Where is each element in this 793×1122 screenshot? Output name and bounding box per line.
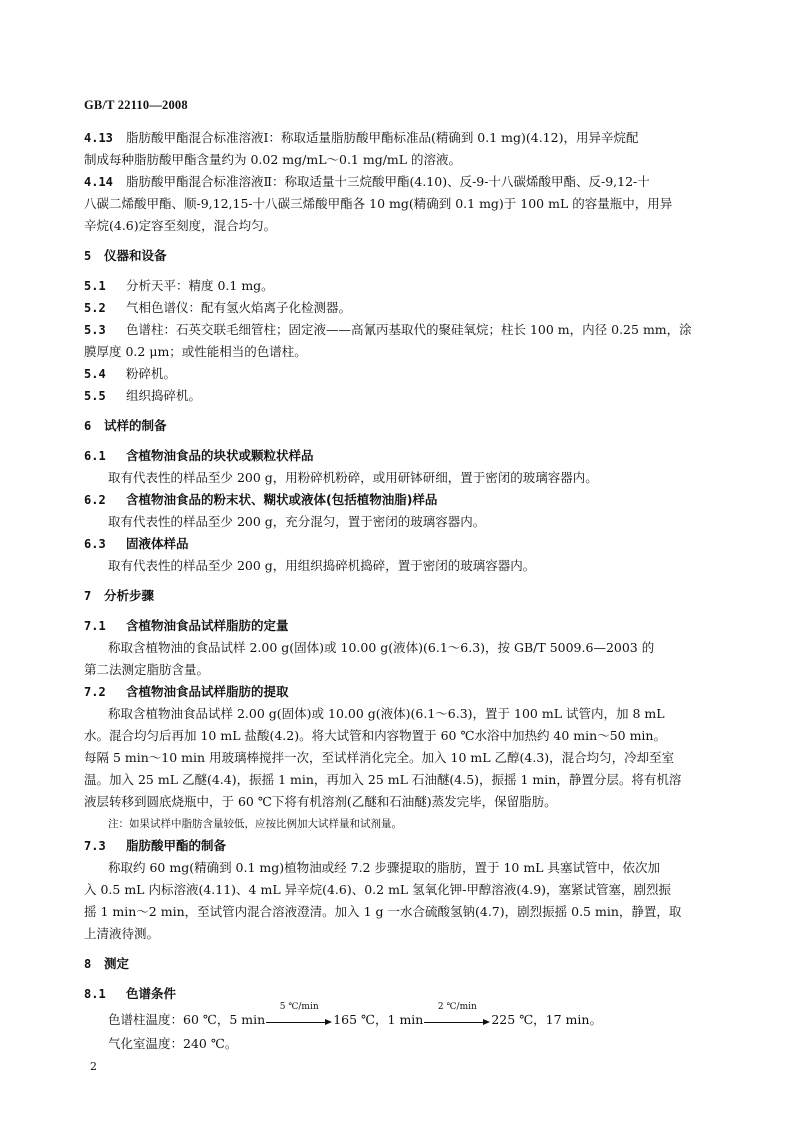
clause-number: 8.1 [84,987,126,1001]
clause-text: 粉碎机。 [126,366,176,381]
clause-7-1-line-1: 称取含植物油的食品试样 2.00 g(固体)或 10.00 g(液体)(6.1～… [108,638,654,656]
clause-title: 含植物油食品的粉末状、糊状或液体(包括植物油脂)样品 [126,492,437,507]
arrow-icon [266,1022,326,1023]
clause-7-3-line-1: 称取约 60 mg(精确到 0.1 mg)植物油或经 7.2 步骤提取的脂肪，置… [108,858,660,876]
clause-7-2-line-3: 每隔 5 min～10 min 用玻璃棒搅拌一次，至试样消化完全。加入 10 m… [84,748,674,766]
clause-6-3-title: 6.3固液体样品 [84,534,189,552]
section-title: 测定 [104,956,129,971]
clause-number: 4.14 [84,175,126,189]
clause-text: 脂肪酸甲酯混合标准溶液Ⅱ：称取适量十三烷酸甲酯(4.10)、反-9-十八碳烯酸甲… [126,174,650,189]
clause-number: 5.5 [84,389,126,403]
ramp-rate-label: 2 ℃/min [424,1002,490,1012]
clause-4-13-line-2: 制成每种脂肪酸甲酯含量约为 0.02 mg/mL～0.1 mg/mL 的溶液。 [84,150,461,168]
clause-7-2-title: 7.2含植物油食品试样脂肪的提取 [84,682,289,700]
clause-number: 7.3 [84,839,126,853]
clause-6-3-body: 取有代表性的样品至少 200 g，用组织捣碎机捣碎，置于密闭的玻璃容器内。 [108,556,535,574]
clause-text: 色谱柱：石英交联毛细管柱；固定液——高氰丙基取代的聚硅氧烷；柱长 100 m，内… [126,322,692,337]
clause-6-1-body: 取有代表性的样品至少 200 g，用粉碎机粉碎，或用研钵研细，置于密闭的玻璃容器… [108,468,598,486]
arrow-head-icon [325,1019,332,1025]
ramp-arrow-2: 2 ℃/min [424,1014,490,1028]
clause-number: 6.3 [84,537,126,551]
clause-number: 5.1 [84,279,126,293]
clause-7-1-line-2: 第二法测定脂肪含量。 [84,660,209,678]
clause-5-4: 5.4粉碎机。 [84,364,176,382]
clause-7-3-title: 7.3脂肪酸甲酯的制备 [84,836,226,854]
clause-7-3-line-4: 上清液待测。 [84,924,159,942]
clause-title: 色谱条件 [126,986,176,1001]
clause-number: 5.4 [84,367,126,381]
ramp-rate-label: 5 ℃/min [266,1002,332,1012]
clause-7-3-line-2: 入 0.5 mL 内标溶液(4.11)、4 mL 异辛烷(4.6)、0.2 mL… [84,880,671,898]
ramp-arrow-1: 5 ℃/min [266,1014,332,1028]
section-number: 6 [84,419,104,433]
clause-text: 分析天平：精度 0.1 mg。 [126,278,274,293]
temp-initial: 色谱柱温度：60 ℃，5 min [108,1012,265,1027]
clause-4-14-line-2: 八碳二烯酸甲酯、顺-9,12,15-十八碳三烯酸甲酯各 10 mg(精确到 0.… [84,194,672,212]
clause-5-2: 5.2气相色谱仪：配有氢火焰离子化检测器。 [84,298,351,316]
temp-final: 225 ℃，17 min。 [491,1012,602,1027]
clause-number: 5.3 [84,323,126,337]
clause-text: 气相色谱仪：配有氢火焰离子化检测器。 [126,300,351,315]
clause-7-2-line-1: 称取含植物油食品试样 2.00 g(固体)或 10.00 g(液体)(6.1～6… [108,704,665,722]
clause-5-3-line-1: 5.3色谱柱：石英交联毛细管柱；固定液——高氰丙基取代的聚硅氧烷；柱长 100 … [84,320,692,338]
section-number: 8 [84,957,104,971]
section-number: 5 [84,249,104,263]
clause-title: 含植物油食品试样脂肪的定量 [126,618,289,633]
clause-7-2-line-5: 液层转移到圆底烧瓶中，于 60 ℃下将有机溶剂(乙醚和石油醚)蒸发完毕，保留脂肪… [84,792,557,810]
clause-number: 4.13 [84,131,126,145]
clause-6-2-body: 取有代表性的样品至少 200 g，充分混匀，置于密闭的玻璃容器内。 [108,512,485,530]
injector-temperature: 气化室温度：240 ℃。 [108,1034,237,1052]
clause-5-5: 5.5组织捣碎机。 [84,386,201,404]
clause-4-14-line-1: 4.14脂肪酸甲酯混合标准溶液Ⅱ：称取适量十三烷酸甲酯(4.10)、反-9-十八… [84,172,650,190]
clause-7-3-line-3: 摇 1 min～2 min，至试管内混合溶液澄清。加入 1 g 一水合硫酸氢钠(… [84,902,681,920]
clause-number: 7.1 [84,619,126,633]
clause-7-2-line-4: 温。加入 25 mL 乙醚(4.4)，振摇 1 min，再加入 25 mL 石油… [84,770,681,788]
clause-6-2-title: 6.2含植物油食品的粉末状、糊状或液体(包括植物油脂)样品 [84,490,437,508]
page-number: 2 [90,1060,97,1073]
clause-number: 7.2 [84,685,126,699]
clause-text: 组织捣碎机。 [126,388,201,403]
clause-title: 固液体样品 [126,536,189,551]
clause-5-1: 5.1分析天平：精度 0.1 mg。 [84,276,274,294]
clause-4-13-line-1: 4.13脂肪酸甲酯混合标准溶液Ⅰ：称取适量脂肪酸甲酯标准品(精确到 0.1 mg… [84,128,638,146]
arrow-icon [424,1022,484,1023]
section-number: 7 [84,589,104,603]
section-title: 仪器和设备 [104,248,167,263]
clause-number: 6.2 [84,493,126,507]
clause-7-2-line-2: 水。混合均匀后再加 10 mL 盐酸(4.2)。将大试管和内容物置于 60 ℃水… [84,726,666,744]
clause-title: 含植物油食品试样脂肪的提取 [126,684,289,699]
section-8-heading: 8测定 [84,954,129,972]
standard-code: GB/T 22110—2008 [84,98,188,113]
clause-6-1-title: 6.1含植物油食品的块状或颗粒状样品 [84,446,314,464]
section-5-heading: 5仪器和设备 [84,246,167,264]
clause-5-3-line-2: 膜厚度 0.2 μm；或性能相当的色谱柱。 [84,342,307,360]
clause-4-14-line-3: 辛烷(4.6)定容至刻度，混合均匀。 [84,216,276,234]
clause-title: 含植物油食品的块状或颗粒状样品 [126,448,314,463]
section-7-heading: 7分析步骤 [84,586,154,604]
clause-8-1-title: 8.1色谱条件 [84,984,176,1002]
column-temperature-program: 色谱柱温度：60 ℃，5 min5 ℃/min165 ℃，1 min2 ℃/mi… [108,1010,602,1028]
clause-text: 脂肪酸甲酯混合标准溶液Ⅰ：称取适量脂肪酸甲酯标准品(精确到 0.1 mg)(4.… [126,130,638,145]
clause-number: 6.1 [84,449,126,463]
section-6-heading: 6试样的制备 [84,416,167,434]
temp-intermediate: 165 ℃，1 min [333,1012,423,1027]
clause-title: 脂肪酸甲酯的制备 [126,838,226,853]
clause-7-1-title: 7.1含植物油食品试样脂肪的定量 [84,616,289,634]
section-title: 分析步骤 [104,588,154,603]
section-title: 试样的制备 [104,418,167,433]
arrow-head-icon [483,1019,490,1025]
document-page: GB/T 22110—2008 4.13脂肪酸甲酯混合标准溶液Ⅰ：称取适量脂肪酸… [0,0,793,1122]
clause-number: 5.2 [84,301,126,315]
clause-7-2-note: 注：如果试样中脂肪含量较低，应按比例加大试样量和试剂量。 [108,816,402,831]
